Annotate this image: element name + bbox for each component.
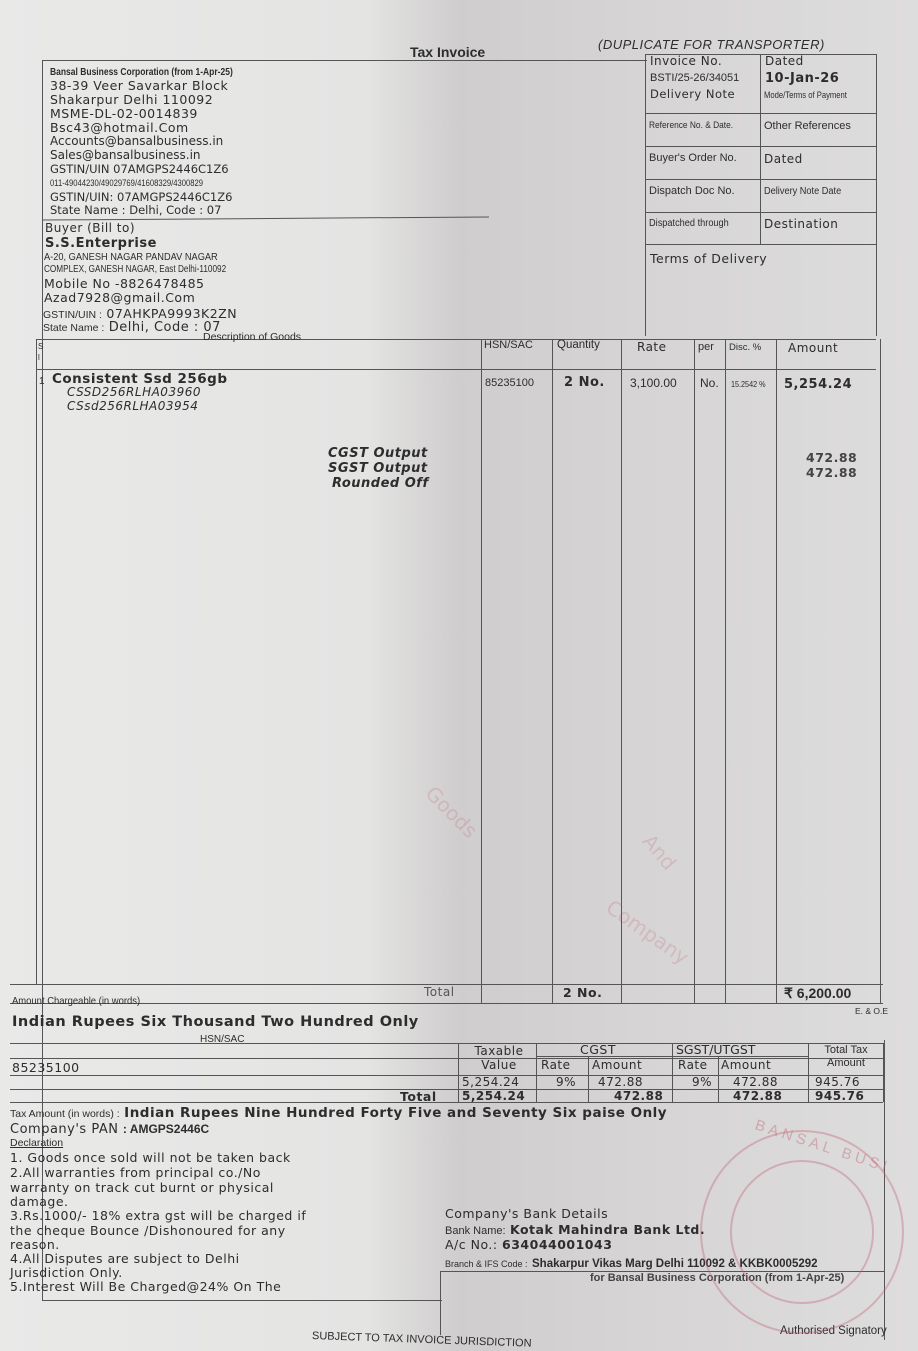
invoice-date: 10-Jan-26 <box>765 71 839 86</box>
item-serial-1: CSSD256RLHA03960 <box>67 385 201 399</box>
buyer-email: Azad7928@gmail.Com <box>44 290 195 305</box>
declaration-line: the cheque Bounce /Dishonoured for any <box>10 1223 286 1238</box>
invoice-no-label: Invoice No. <box>650 54 722 68</box>
declaration-line: reason. <box>10 1237 60 1252</box>
document-title: Tax Invoice <box>410 44 485 60</box>
summary-sgst-rate: 9% <box>692 1075 712 1089</box>
seller-email-1: Bsc43@hotmail.Com <box>50 120 189 135</box>
item-rate: 3,100.00 <box>630 376 677 390</box>
amount-words-text: Indian Rupees Six Thousand Two Hundred O… <box>12 1014 419 1030</box>
summary-total-tax: 945.76 <box>815 1075 860 1089</box>
buyer-state-row: State Name : Delhi, Code : 07 <box>43 318 221 336</box>
declaration-line: 3.Rs.1000/- 18% extra gst will be charge… <box>10 1208 306 1223</box>
declaration-line: 4.All Disputes are subject to Delhi <box>10 1251 240 1266</box>
terms-delivery-label: Terms of Delivery <box>650 251 767 266</box>
summary-hsn: 85235100 <box>12 1060 80 1075</box>
buyer-label: Buyer (Bill to) <box>45 221 135 235</box>
col-header-sl: Sl <box>38 341 44 363</box>
summary-hsn-header: HSN/SAC <box>200 1034 244 1045</box>
dispatch-doc-label: Dispatch Doc No. <box>649 185 735 197</box>
buyers-order-dated-label: Dated <box>764 152 803 166</box>
amount-words-label: Amount Chargeable (in words) <box>12 995 140 1007</box>
declaration-line: 5.Interest Will Be Charged@24% On The <box>10 1279 281 1294</box>
tax-words-text: Indian Rupees Nine Hundred Forty Five an… <box>124 1105 667 1121</box>
total-amount: ₹ 6,200.00 <box>784 985 851 1002</box>
summary-taxable: 5,254.24 <box>462 1075 519 1089</box>
seller-name: Bansal Business Corporation (from 1-Apr-… <box>50 67 233 78</box>
item-serial-2: CSsd256RLHA03954 <box>67 399 198 413</box>
summary-cgst-amount-header: Amount <box>592 1058 642 1072</box>
cgst-output-amount: 472.88 <box>806 450 857 465</box>
pan-value: : AMGPS2446C <box>123 1122 209 1136</box>
seller-gstin-2: GSTIN/UIN: 07AMGPS2446C1Z6 <box>50 190 232 204</box>
copy-label: (DUPLICATE FOR TRANSPORTER) <box>598 37 825 52</box>
sgst-output-label: SGST Output <box>328 461 428 476</box>
other-references-label: Other References <box>764 120 851 132</box>
buyer-address-1: A-20, GANESH NAGAR PANDAV NAGAR <box>44 251 218 263</box>
summary-total-tax-value: 945.76 <box>815 1089 864 1103</box>
summary-sgst-rate-header: Rate <box>678 1058 708 1072</box>
item-quantity: 2 No. <box>564 375 605 390</box>
invoice-no: BSTI/25-26/34051 <box>650 72 739 84</box>
summary-cgst-rate-header: Rate <box>541 1058 571 1072</box>
bank-title: Company's Bank Details <box>445 1206 608 1221</box>
declaration-line: Jurisdiction Only. <box>10 1265 123 1280</box>
col-header-amount: Amount <box>788 341 838 355</box>
buyer-address-2: COMPLEX, GANESH NAGAR, East Delhi-110092 <box>44 264 226 275</box>
declaration-line: 1. Goods once sold will not be taken bac… <box>10 1150 291 1165</box>
company-stamp-inner <box>730 1160 874 1304</box>
seller-address-1: 38-39 Veer Savarkar Block <box>50 78 228 93</box>
summary-total-label: Total <box>400 1089 437 1104</box>
buyer-name: S.S.Enterprise <box>45 236 157 251</box>
rounded-off-label: Rounded Off <box>332 476 429 491</box>
item-disc: 15.2542 % <box>731 379 766 389</box>
delivery-note-label: Delivery Note <box>650 87 735 101</box>
seller-email-3: Sales@bansalbusiness.in <box>50 148 201 162</box>
seller-state: State Name : Delhi, Code : 07 <box>50 203 221 217</box>
col-header-disc: Disc. % <box>729 342 761 353</box>
item-sl: 1 <box>39 376 45 387</box>
seller-gstin-1: GSTIN/UIN 07AMGPS2446C1Z6 <box>50 162 229 176</box>
declaration-line: warranty on track cut burnt or physical <box>10 1180 274 1195</box>
total-quantity: 2 No. <box>563 985 602 1000</box>
buyer-state-label: State Name : <box>43 322 104 334</box>
summary-total-taxable: 5,254.24 <box>462 1089 525 1103</box>
cgst-output-label: CGST Output <box>328 446 428 461</box>
summary-taxable-header: Taxable Value <box>462 1044 536 1072</box>
col-header-rate: Rate <box>637 340 667 354</box>
tax-words-label: Tax Amount (in words) : <box>10 1108 120 1120</box>
col-header-description: Description of Goods <box>203 331 301 343</box>
summary-cgst-amount: 472.88 <box>598 1075 643 1089</box>
bank-account-label: A/c No.: <box>445 1237 498 1252</box>
summary-sgst-header: SGST/UTGST <box>676 1042 755 1057</box>
bank-account: 634044001043 <box>502 1237 612 1252</box>
sgst-output-amount: 472.88 <box>806 465 857 480</box>
bank-branch-label: Branch & IFS Code : <box>445 1259 528 1269</box>
col-header-quantity: Quantity <box>557 339 600 351</box>
summary-total-tax-header: Total Tax Amount <box>810 1044 882 1070</box>
buyers-order-label: Buyer's Order No. <box>649 152 737 164</box>
item-per: No. <box>700 376 719 390</box>
buyer-mobile: Mobile No -8826478485 <box>44 276 205 291</box>
summary-sgst-amount-header: Amount <box>721 1058 771 1072</box>
delivery-note-date-label: Delivery Note Date <box>764 186 841 197</box>
pan-row: Company's PAN : AMGPS2446C <box>10 1120 209 1138</box>
seller-address-2: Shakarpur Delhi 110092 <box>50 92 213 107</box>
bank-name: Kotak Mahindra Bank Ltd. <box>510 1222 705 1237</box>
reference-label: Reference No. & Date. <box>649 120 733 131</box>
dated-label: Dated <box>765 54 804 68</box>
declaration-line: damage. <box>10 1194 69 1209</box>
watermark-text: Company <box>602 895 694 969</box>
bank-account-row: A/c No.: 634044001043 <box>445 1236 612 1254</box>
seller-msme: MSME-DL-02-0014839 <box>50 106 198 121</box>
destination-label: Destination <box>764 217 838 231</box>
summary-total-sgst: 472.88 <box>733 1089 782 1103</box>
dispatched-through-label: Dispatched through <box>649 218 729 229</box>
mode-terms-label: Mode/Terms of Payment <box>764 90 847 100</box>
summary-total-cgst: 472.88 <box>614 1089 663 1103</box>
declaration-line: 2.All warranties from principal co./No <box>10 1165 261 1180</box>
seller-email-2: Accounts@bansalbusiness.in <box>50 134 223 148</box>
watermark-text: Goods <box>421 781 483 843</box>
watermark-text: And <box>638 829 681 874</box>
jurisdiction-footer: SUBJECT TO TAX INVOICE JURISDICTION <box>312 1330 532 1350</box>
total-label: Total <box>424 985 455 999</box>
item-amount: 5,254.24 <box>784 377 852 392</box>
summary-cgst-rate: 9% <box>556 1075 576 1089</box>
summary-cgst-header: CGST <box>580 1042 616 1057</box>
item-hsn: 85235100 <box>485 377 534 389</box>
col-header-per: per <box>698 341 714 353</box>
summary-sgst-amount: 472.88 <box>733 1075 778 1089</box>
seller-phones: 011-49044230/49029769/41608329/4300829 <box>50 178 203 188</box>
declaration-label: Declaration <box>10 1137 63 1149</box>
eoe-label: E. & O.E <box>855 1006 888 1016</box>
pan-label: Company's PAN <box>10 1122 118 1137</box>
col-header-hsn: HSN/SAC <box>484 339 533 351</box>
